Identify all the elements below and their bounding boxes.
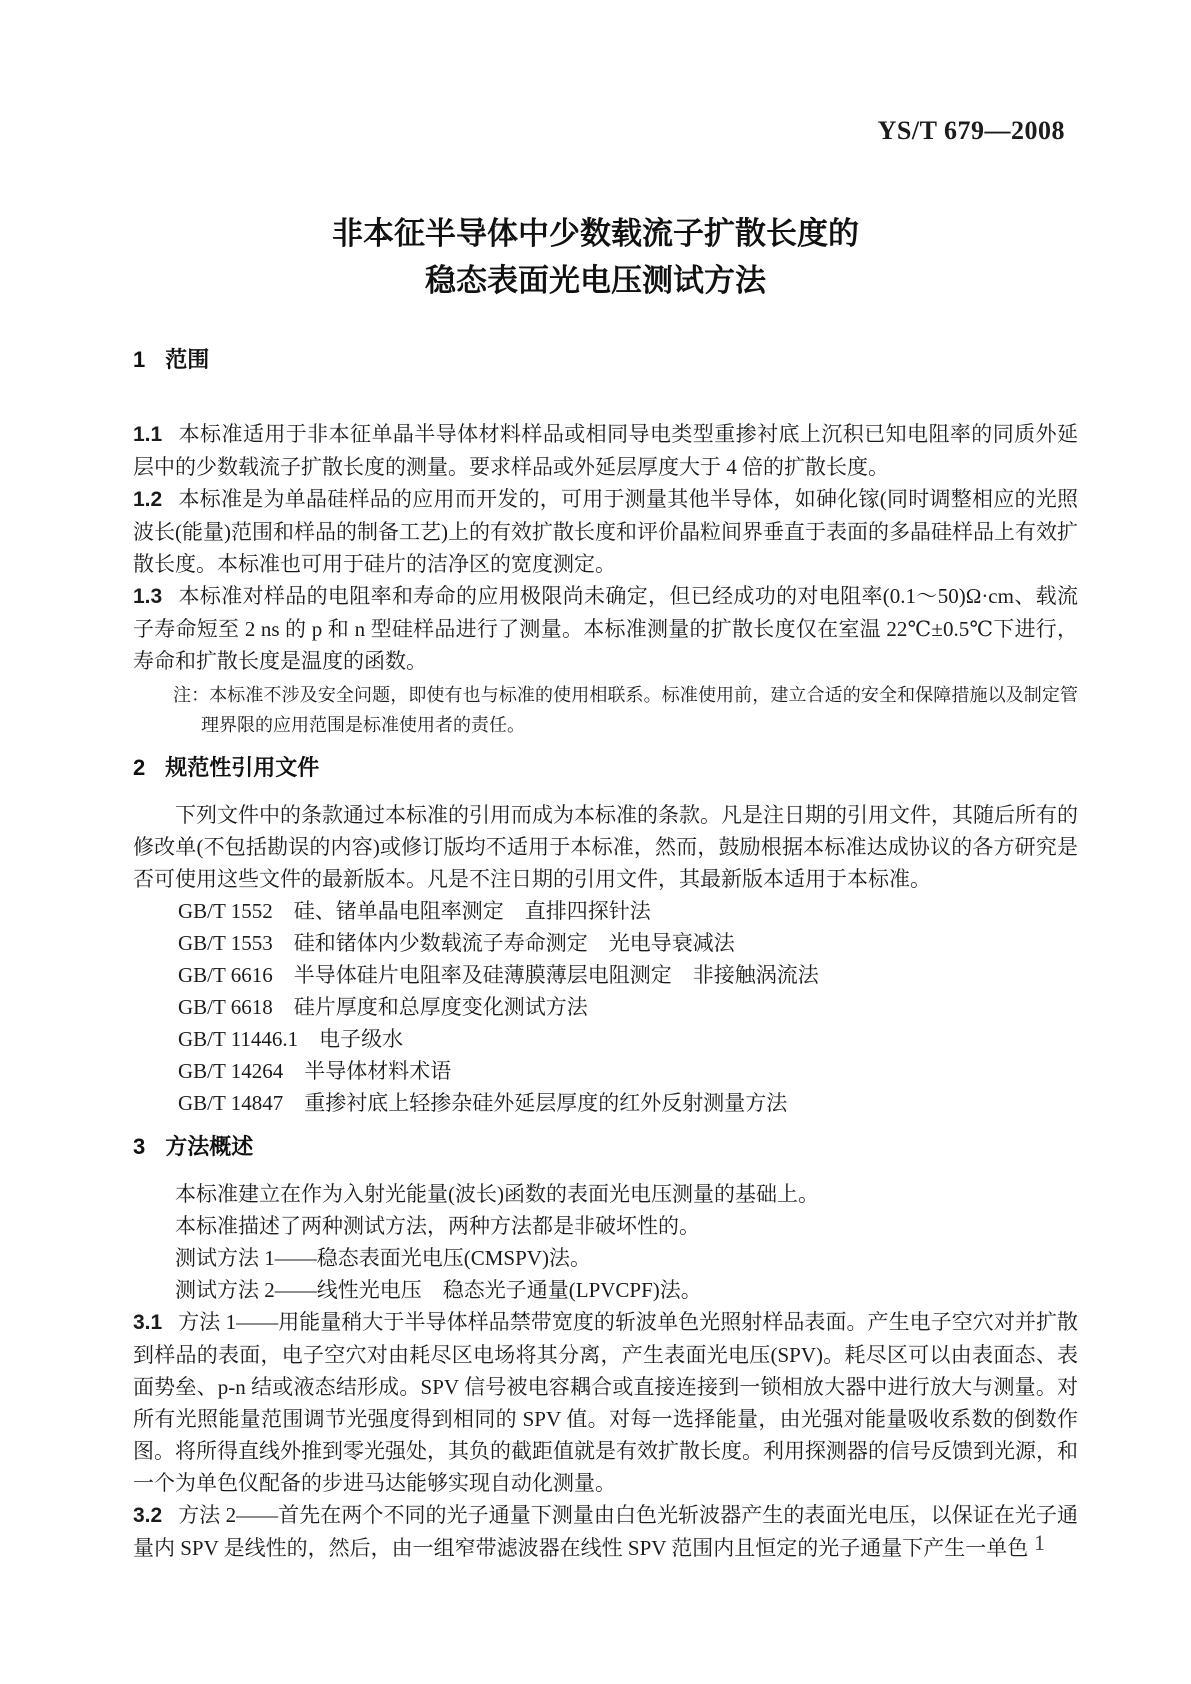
clause-1-3: 1.3本标准对样品的电阻率和寿命的应用极限尚未确定，但已经成功的对电阻率(0.1… xyxy=(133,580,1078,677)
clause-1-2-text: 本标准是为单晶硅样品的应用而开发的，可用于测量其他半导体，如砷化镓(同时调整相应… xyxy=(133,487,1078,576)
title-line-1: 非本征半导体中少数载流子扩散长度的 xyxy=(0,210,1191,257)
clause-1-1-text: 本标准适用于非本征单晶半导体材料样品或相同导电类型重掺衬底上沉积已知电阻率的同质… xyxy=(133,422,1078,479)
clause-1-1-number: 1.1 xyxy=(133,423,162,446)
clause-3-1: 3.1方法 1——用能量稍大于半导体样品禁带宽度的斩波单色光照射样品表面。产生电… xyxy=(133,1306,1078,1499)
reference-gbt-1552: GB/T 1552 硅、锗单晶电阻率测定 直排四探针法 xyxy=(178,895,1078,927)
reference-gbt-1553: GB/T 1553 硅和锗体内少数载流子寿命测定 光电导衰减法 xyxy=(178,927,1078,959)
clause-3-1-text: 方法 1——用能量稍大于半导体样品禁带宽度的斩波单色光照射样品表面。产生电子空穴… xyxy=(133,1310,1078,1495)
clause-1-1: 1.1本标准适用于非本征单晶半导体材料样品或相同导电类型重掺衬底上沉积已知电阻率… xyxy=(133,418,1078,483)
clause-1-2-number: 1.2 xyxy=(133,488,162,511)
section-3-method-2-label: 测试方法 2——线性光电压 稳态光子通量(LPVCPF)法。 xyxy=(133,1274,1078,1306)
document-body: 1范围 1.1本标准适用于非本征单晶半导体材料样品或相同导电类型重掺衬底上沉积已… xyxy=(133,344,1078,1564)
section-1-title: 范围 xyxy=(165,347,209,372)
section-2-number: 2 xyxy=(133,755,145,780)
document-title: 非本征半导体中少数载流子扩散长度的 稳态表面光电压测试方法 xyxy=(0,210,1191,304)
section-2-title: 规范性引用文件 xyxy=(165,755,319,780)
reference-gbt-14847: GB/T 14847 重掺衬底上轻掺杂硅外延层厚度的红外反射测量方法 xyxy=(178,1087,1078,1119)
safety-note: 注：本标准不涉及安全问题，即使有也与标准的使用相联系。标准使用前，建立合适的安全… xyxy=(173,680,1078,740)
document-page: YS/T 679—2008 非本征半导体中少数载流子扩散长度的 稳态表面光电压测… xyxy=(0,0,1191,1684)
reference-gbt-11446-1: GB/T 11446.1 电子级水 xyxy=(178,1023,1078,1055)
reference-gbt-14264: GB/T 14264 半导体材料术语 xyxy=(178,1055,1078,1087)
standard-code: YS/T 679—2008 xyxy=(878,116,1065,146)
reference-gbt-6618: GB/T 6618 硅片厚度和总厚度变化测试方法 xyxy=(178,991,1078,1023)
page-number: 1 xyxy=(1034,1530,1045,1556)
section-3-paragraph-1: 本标准建立在作为入射光能量(波长)函数的表面光电压测量的基础上。 xyxy=(133,1178,1078,1210)
clause-1-2: 1.2本标准是为单晶硅样品的应用而开发的，可用于测量其他半导体，如砷化镓(同时调… xyxy=(133,483,1078,580)
clause-1-3-text: 本标准对样品的电阻率和寿命的应用极限尚未确定，但已经成功的对电阻率(0.1～50… xyxy=(133,584,1078,673)
section-3-method-1-label: 测试方法 1——稳态表面光电压(CMSPV)法。 xyxy=(133,1242,1078,1274)
section-2-intro: 下列文件中的条款通过本标准的引用而成为本标准的条款。凡是注日期的引用文件，其随后… xyxy=(133,799,1078,895)
section-1-heading: 1范围 xyxy=(133,344,1078,376)
section-3-title: 方法概述 xyxy=(165,1134,253,1159)
reference-gbt-6616: GB/T 6616 半导体硅片电阻率及硅薄膜薄层电阻测定 非接触涡流法 xyxy=(178,959,1078,991)
section-3-number: 3 xyxy=(133,1134,145,1159)
clause-3-2-number: 3.2 xyxy=(133,1504,162,1527)
clause-3-2-text: 方法 2——首先在两个不同的光子通量下测量由白色光斩波器产生的表面光电压，以保证… xyxy=(133,1503,1078,1560)
section-3-heading: 3方法概述 xyxy=(133,1131,1078,1163)
section-3-paragraph-2: 本标准描述了两种测试方法，两种方法都是非破坏性的。 xyxy=(133,1210,1078,1242)
clause-3-2: 3.2方法 2——首先在两个不同的光子通量下测量由白色光斩波器产生的表面光电压，… xyxy=(133,1499,1078,1564)
title-line-2: 稳态表面光电压测试方法 xyxy=(0,257,1191,304)
clause-1-3-number: 1.3 xyxy=(133,585,162,608)
section-2-heading: 2规范性引用文件 xyxy=(133,752,1078,784)
section-1-number: 1 xyxy=(133,347,145,372)
clause-3-1-number: 3.1 xyxy=(133,1311,162,1334)
